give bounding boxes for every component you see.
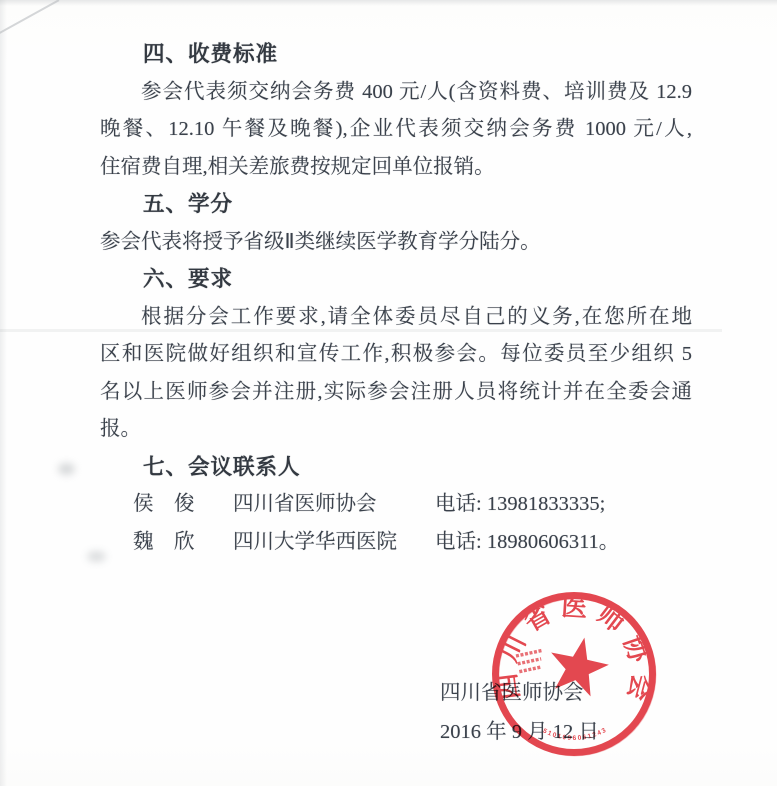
contact-org: 四川省医师协会	[233, 486, 435, 524]
section4-line1: 参会代表须交纳会务费 400 元/人(含资料费、培训费及 12.9	[100, 74, 692, 112]
contact-phone: 电话: 13981833335;	[435, 486, 692, 524]
section4-heading: 四、收费标准	[100, 36, 692, 74]
document-body: 四、收费标准 参会代表须交纳会务费 400 元/人(含资料费、培训费及 12.9…	[100, 36, 692, 561]
scan-edge-shadow-left	[0, 0, 7, 786]
section6-line3: 名以上医师参会并注册,实际参会注册人员将统计并在全委会通	[100, 374, 692, 412]
section4-line2: 晚餐、12.10 午餐及晚餐),企业代表须交纳会务费 1000 元/人,	[100, 111, 692, 149]
contact-row: 魏 欣 四川大学华西医院 电话: 18980606311。	[133, 524, 692, 562]
contact-name: 魏 欣	[133, 524, 233, 562]
section6-line2: 区和医院做好组织和宣传工作,积极参会。每位委员至少组织 5	[100, 336, 692, 374]
scan-artifact-smudge	[58, 463, 75, 475]
scanned-document-page: 四、收费标准 参会代表须交纳会务费 400 元/人(含资料费、培训费及 12.9…	[0, 0, 777, 786]
section6-line1: 根据分会工作要求,请全体委员尽自己的义务,在您所在地	[100, 299, 692, 337]
scan-edge-shadow-top	[0, 0, 777, 6]
section5-heading: 五、学分	[100, 186, 692, 224]
section7-heading: 七、会议联系人	[100, 449, 692, 487]
section5-line1: 参会代表将授予省级Ⅱ类继续医学教育学分陆分。	[100, 224, 692, 262]
section6-line4: 报。	[100, 411, 692, 449]
seal-ring-text: 四川省医师协会	[490, 591, 657, 711]
section6-heading: 六、要求	[100, 261, 692, 299]
contact-phone: 电话: 18980606311。	[435, 524, 692, 562]
contact-org: 四川大学华西医院	[233, 524, 435, 562]
official-seal-stamp: 四川省医师协会 5101096061243	[474, 574, 674, 774]
section4-line3: 住宿费自理,相关差旅费按规定回单位报销。	[100, 149, 692, 187]
contact-name: 侯 俊	[133, 486, 233, 524]
contact-row: 侯 俊 四川省医师协会 电话: 13981833335;	[133, 486, 692, 524]
star-icon	[544, 632, 613, 699]
seal-serial-number: 5101096061243	[542, 726, 609, 742]
